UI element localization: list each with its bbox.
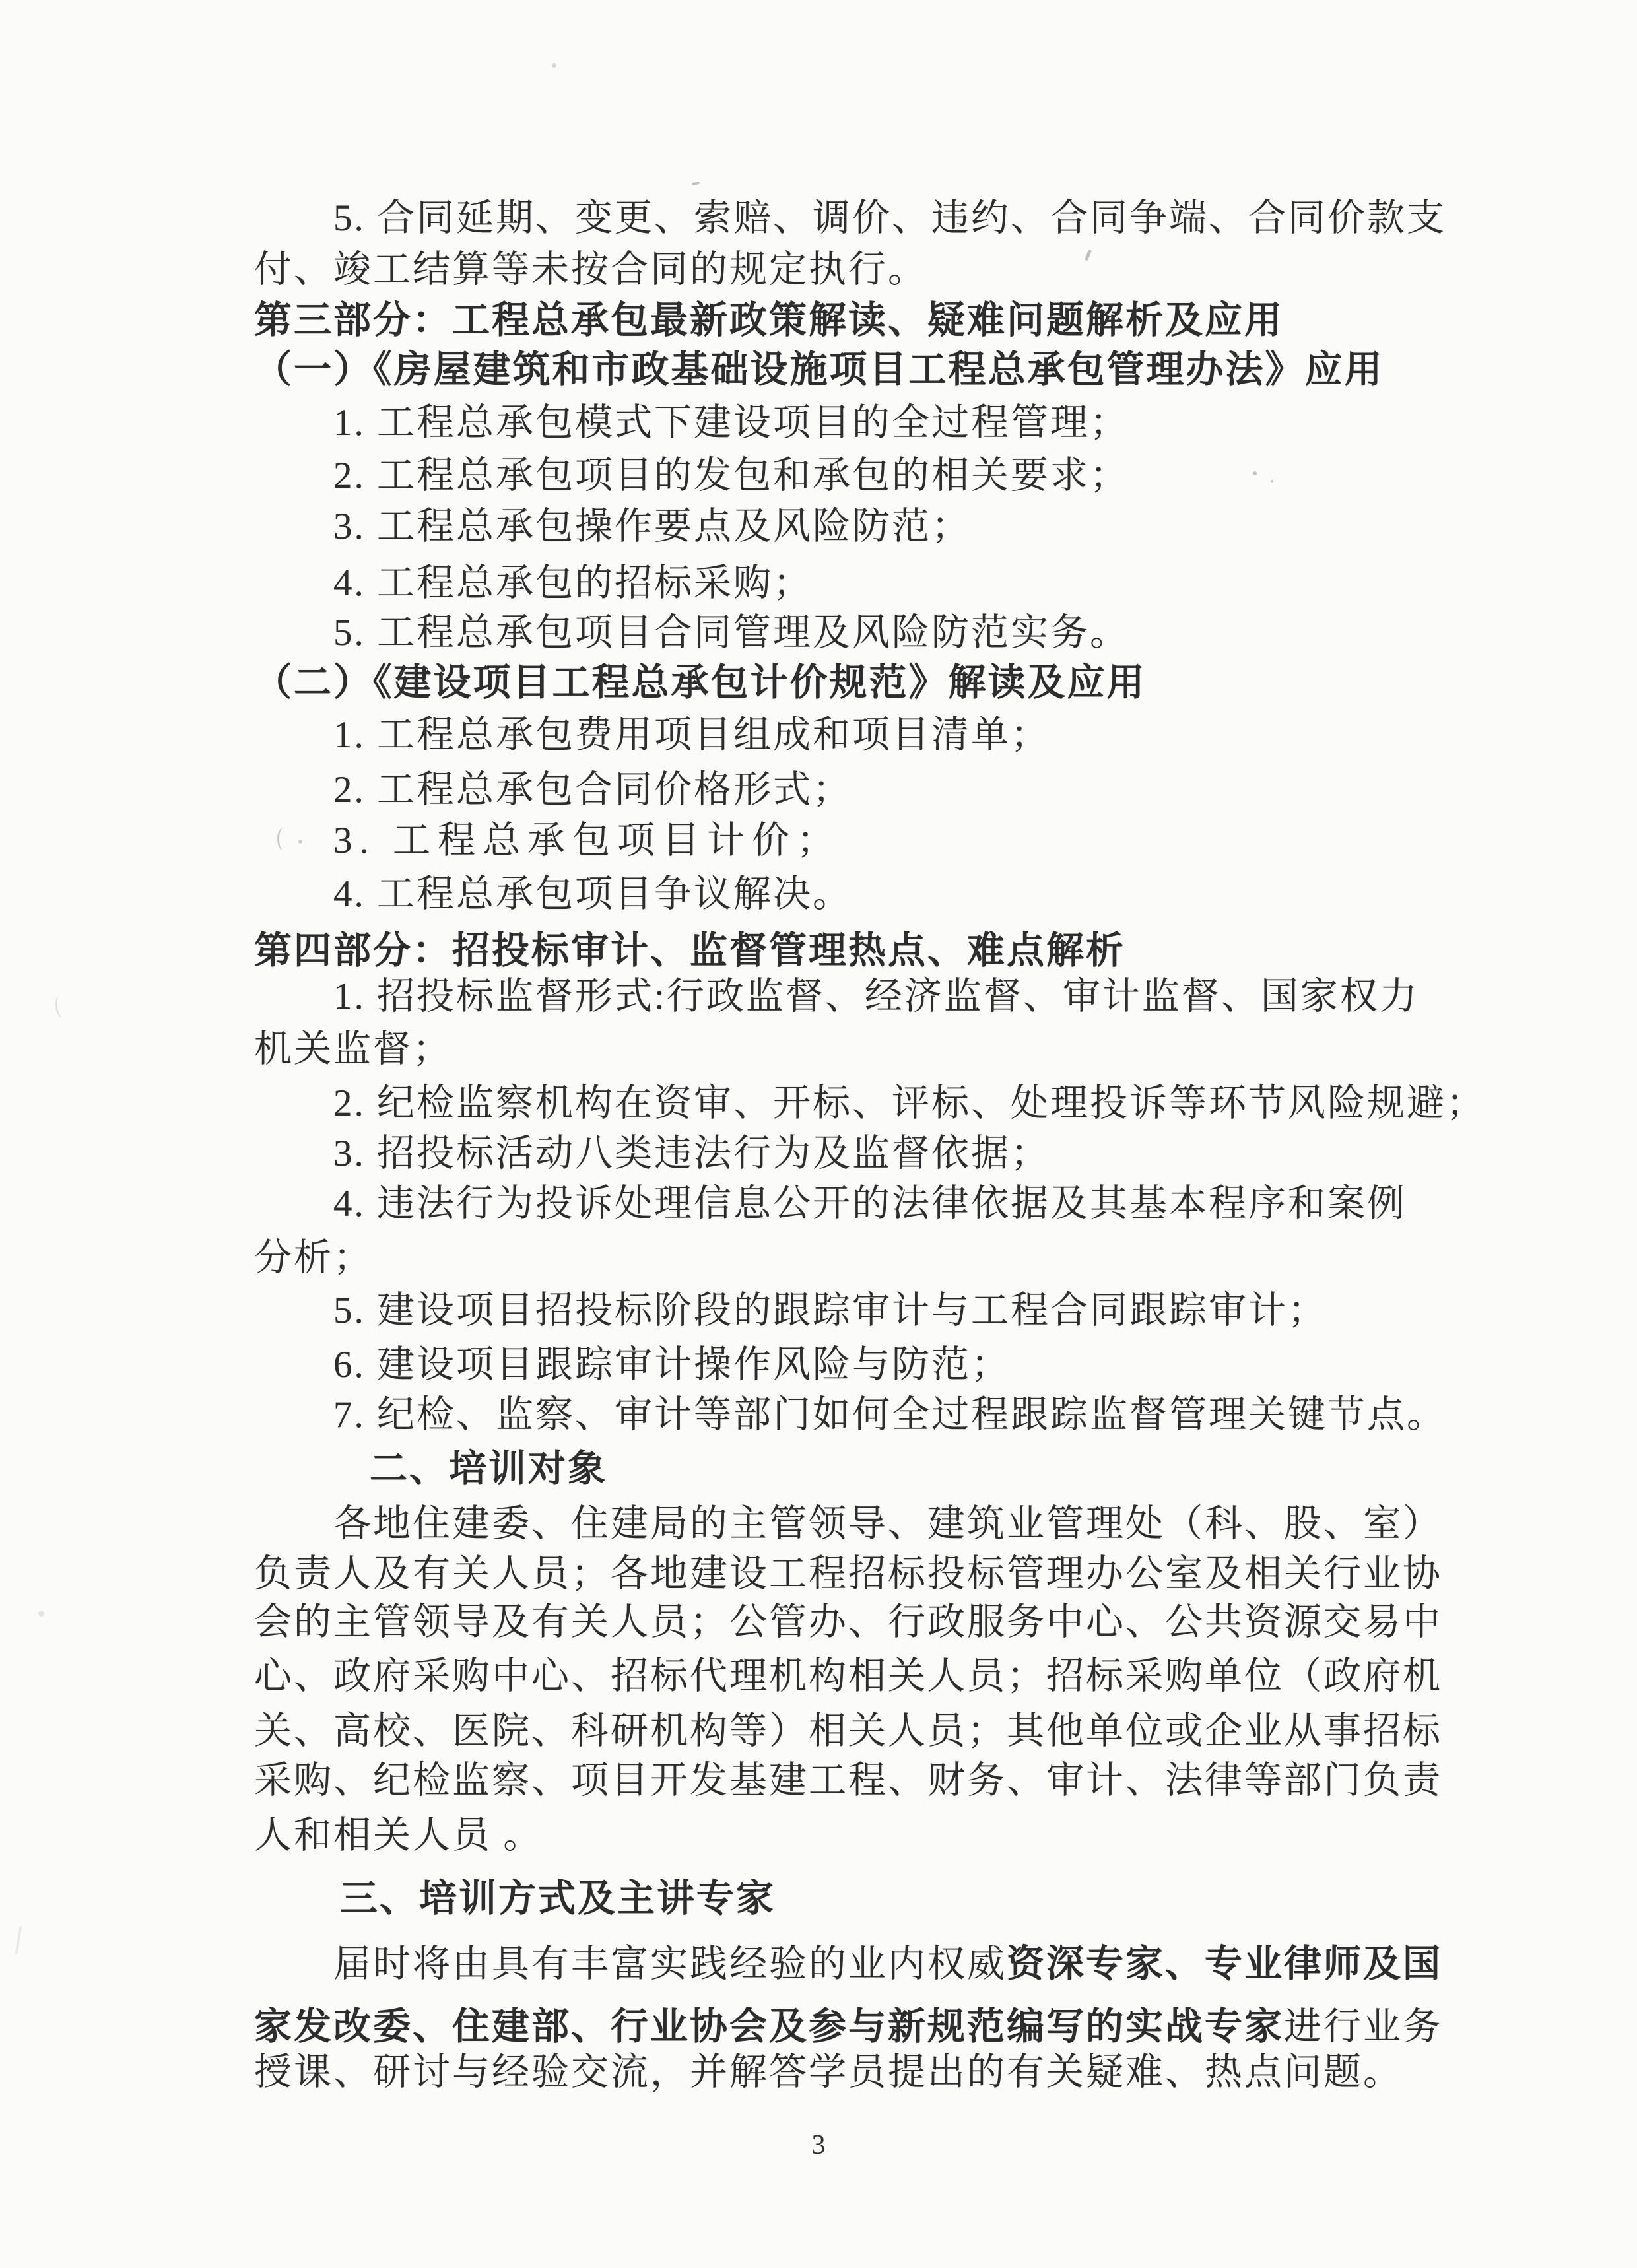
- text-line-15: 第四部分：招投标审计、监督管理热点、难点解析: [254, 931, 1125, 972]
- text-segment: 4. 工程总承包的招标采购；: [333, 562, 813, 604]
- text-line-36: 授课、研讨与经验交流，并解答学员提出的有关疑难、热点问题。: [254, 2052, 1403, 2093]
- text-segment: 进行业务: [1284, 2006, 1442, 2048]
- text-segment: 3. 招投标活动八类违法行为及监督依据；: [333, 1133, 1050, 1174]
- text-line-6: 2. 工程总承包项目的发包和承包的相关要求；: [333, 455, 1129, 496]
- text-segment: 关、高校、医院、科研机构等）相关人员；其他单位或企业从事招标: [254, 1710, 1442, 1752]
- text-segment: 1. 工程总承包模式下建设项目的全过程管理；: [333, 402, 1129, 444]
- text-line-23: 6. 建设项目跟踪审计操作风险与防范；: [333, 1345, 1011, 1385]
- bold-text-segment: （二）《建设项目工程总承包计价规范》解读及应用: [254, 662, 1147, 704]
- text-line-5: 1. 工程总承包模式下建设项目的全过程管理；: [333, 403, 1129, 444]
- text-segment: 3. 工程总承包操作要点及风险防范；: [333, 506, 971, 547]
- text-line-4: （一）《房屋建筑和市政基础设施项目工程总承包管理办法》应用: [254, 350, 1384, 391]
- text-segment: 授课、研讨与经验交流，并解答学员提出的有关疑难、热点问题。: [254, 2051, 1403, 2093]
- page-number: 3: [0, 2129, 1637, 2161]
- text-line-1: 5. 合同延期、变更、索赔、调价、违约、合同争端、合同价款支: [333, 198, 1446, 239]
- text-segment: 5. 建设项目招投标阶段的跟踪审计与工程合同跟踪审计；: [333, 1290, 1327, 1331]
- text-segment: 1. 工程总承包费用项目组成和项目清单；: [333, 714, 1050, 756]
- text-segment: 会的主管领导及有关人员；公管办、行政服务中心、公共资源交易中: [254, 1601, 1442, 1643]
- text-segment: 6. 建设项目跟踪审计操作风险与防范；: [333, 1344, 1011, 1385]
- text-segment: 采购、纪检监察、项目开发基建工程、财务、审计、法律等部门负责: [254, 1760, 1442, 1801]
- text-line-12: 2. 工程总承包合同价格形式；: [333, 770, 852, 811]
- text-line-2: 付、竣工结算等未按合同的规定执行。: [254, 250, 927, 290]
- text-line-14: 4. 工程总承包项目争议解决。: [333, 874, 852, 915]
- text-line-16: 1. 招投标监督形式:行政监督、经济监督、审计监督、国家权力: [333, 976, 1419, 1017]
- bold-text-segment: （一）《房屋建筑和市政基础设施项目工程总承包管理办法》应用: [254, 349, 1384, 391]
- text-line-30: 关、高校、医院、科研机构等）相关人员；其他单位或企业从事招标: [254, 1711, 1442, 1752]
- text-segment: 付、竣工结算等未按合同的规定执行。: [254, 249, 927, 290]
- text-line-19: 3. 招投标活动八类违法行为及监督依据；: [333, 1133, 1050, 1174]
- text-line-18: 2. 纪检监察机构在资审、开标、评标、处理投诉等环节风险规避；: [333, 1083, 1486, 1124]
- text-segment: 2. 工程总承包合同价格形式；: [333, 769, 852, 811]
- text-line-24: 7. 纪检、监察、审计等部门如何全过程跟踪监督管理关键节点。: [333, 1395, 1446, 1436]
- text-line-11: 1. 工程总承包费用项目组成和项目清单；: [333, 715, 1050, 756]
- text-line-9: 5. 工程总承包项目合同管理及风险防范实务。: [333, 613, 1129, 653]
- text-segment: 5. 合同延期、变更、索赔、调价、违约、合同争端、合同价款支: [333, 197, 1446, 239]
- text-line-28: 会的主管领导及有关人员；公管办、行政服务中心、公共资源交易中: [254, 1602, 1442, 1643]
- text-segment: 5. 工程总承包项目合同管理及风险防范实务。: [333, 612, 1129, 653]
- bold-text-segment: 家发改委、住建部、行业协会及参与新规范编写的实战专家: [254, 2006, 1284, 2048]
- text-segment: 人和相关人员 。: [254, 1815, 543, 1856]
- text-segment: 3. 工程总承包项目计价；: [333, 820, 842, 861]
- text-line-13: 3. 工程总承包项目计价；: [333, 820, 842, 861]
- text-segment: 1. 招投标监督形式:行政监督、经济监督、审计监督、国家权力: [333, 976, 1419, 1017]
- document-text-block: 5. 合同延期、变更、索赔、调价、违约、合同争端、合同价款支付、竣工结算等未按合…: [0, 0, 1637, 2268]
- text-line-3: 第三部分：工程总承包最新政策解读、疑难问题解析及应用: [254, 300, 1284, 341]
- text-segment: 各地住建委、住建局的主管领导、建筑业管理处（科、股、室）: [333, 1503, 1442, 1545]
- bold-text-segment: 二、培训对象: [370, 1448, 607, 1490]
- text-line-10: （二）《建设项目工程总承包计价规范》解读及应用: [254, 663, 1147, 704]
- text-line-29: 心、政府采购中心、招标代理机构相关人员；招标采购单位（政府机: [254, 1656, 1442, 1697]
- text-segment: 心、政府采购中心、招标代理机构相关人员；招标采购单位（政府机: [254, 1655, 1442, 1697]
- document-page: 5. 合同延期、变更、索赔、调价、违约、合同争端、合同价款支付、竣工结算等未按合…: [0, 0, 1637, 2268]
- text-line-31: 采购、纪检监察、项目开发基建工程、财务、审计、法律等部门负责: [254, 1760, 1442, 1801]
- text-line-17: 机关监督；: [254, 1029, 452, 1070]
- text-line-21: 分析；: [254, 1238, 373, 1279]
- text-segment: 2. 纪检监察机构在资审、开标、评标、处理投诉等环节风险规避；: [333, 1083, 1486, 1124]
- text-segment: 4. 违法行为投诉处理信息公开的法律依据及其基本程序和案例: [333, 1183, 1407, 1224]
- text-line-20: 4. 违法行为投诉处理信息公开的法律依据及其基本程序和案例: [333, 1184, 1407, 1224]
- text-segment: 4. 工程总承包项目争议解决。: [333, 873, 852, 915]
- text-segment: 分析；: [254, 1237, 373, 1279]
- text-line-34: 届时将由具有丰富实践经验的业内权威资深专家、专业律师及国: [333, 1944, 1442, 1985]
- text-line-26: 各地住建委、住建局的主管领导、建筑业管理处（科、股、室）: [333, 1504, 1442, 1545]
- bold-text-segment: 第四部分：招投标审计、监督管理热点、难点解析: [254, 930, 1125, 972]
- bold-text-segment: 资深专家、专业律师及国: [1007, 1943, 1442, 1985]
- text-line-7: 3. 工程总承包操作要点及风险防范；: [333, 506, 971, 547]
- text-segment: 7. 纪检、监察、审计等部门如何全过程跟踪监督管理关键节点。: [333, 1394, 1446, 1436]
- text-segment: 负责人及有关人员；各地建设工程招标投标管理办公室及相关行业协: [254, 1553, 1442, 1595]
- text-line-22: 5. 建设项目招投标阶段的跟踪审计与工程合同跟踪审计；: [333, 1290, 1327, 1331]
- text-line-27: 负责人及有关人员；各地建设工程招标投标管理办公室及相关行业协: [254, 1554, 1442, 1595]
- text-line-8: 4. 工程总承包的招标采购；: [333, 563, 813, 604]
- text-segment: 届时将由具有丰富实践经验的业内权威: [333, 1943, 1007, 1985]
- text-line-25: 二、培训对象: [370, 1449, 607, 1490]
- text-line-35: 家发改委、住建部、行业协会及参与新规范编写的实战专家进行业务: [254, 2007, 1442, 2048]
- bold-text-segment: 三、培训方式及主讲专家: [340, 1878, 776, 1919]
- text-segment: 机关监督；: [254, 1028, 452, 1070]
- bold-text-segment: 第三部分：工程总承包最新政策解读、疑难问题解析及应用: [254, 300, 1284, 341]
- text-segment: 2. 工程总承包项目的发包和承包的相关要求；: [333, 455, 1129, 496]
- text-line-33: 三、培训方式及主讲专家: [340, 1879, 776, 1919]
- text-line-32: 人和相关人员 。: [254, 1815, 543, 1856]
